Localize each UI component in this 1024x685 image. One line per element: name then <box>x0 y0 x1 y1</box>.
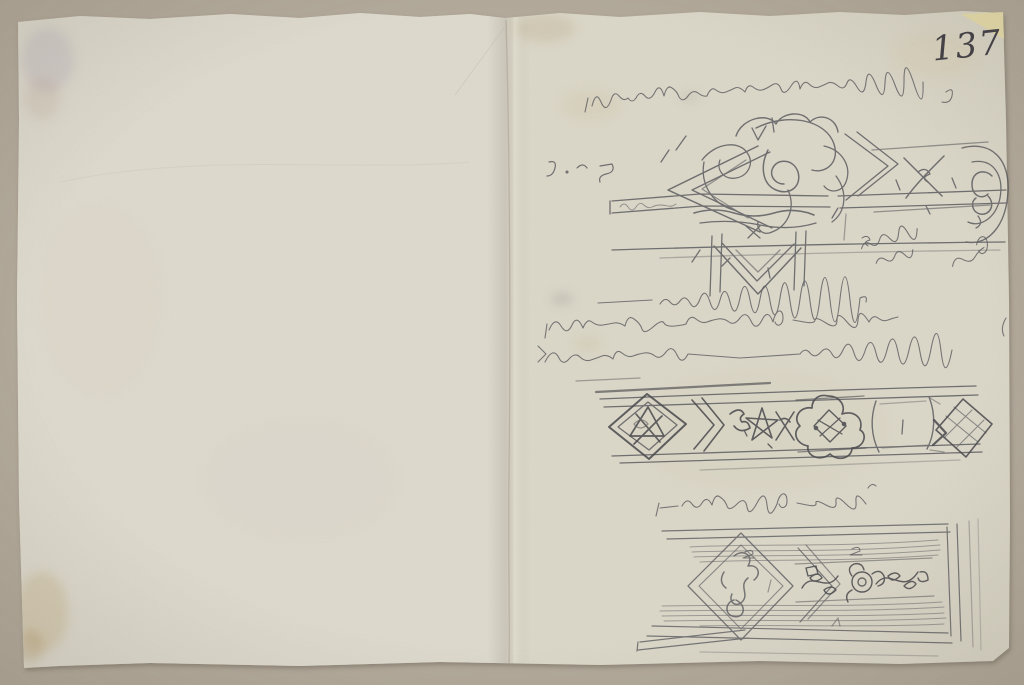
scanned-document: 137 <box>0 0 1024 685</box>
vignette <box>0 0 1024 685</box>
scan-canvas: 137 <box>0 0 1024 685</box>
